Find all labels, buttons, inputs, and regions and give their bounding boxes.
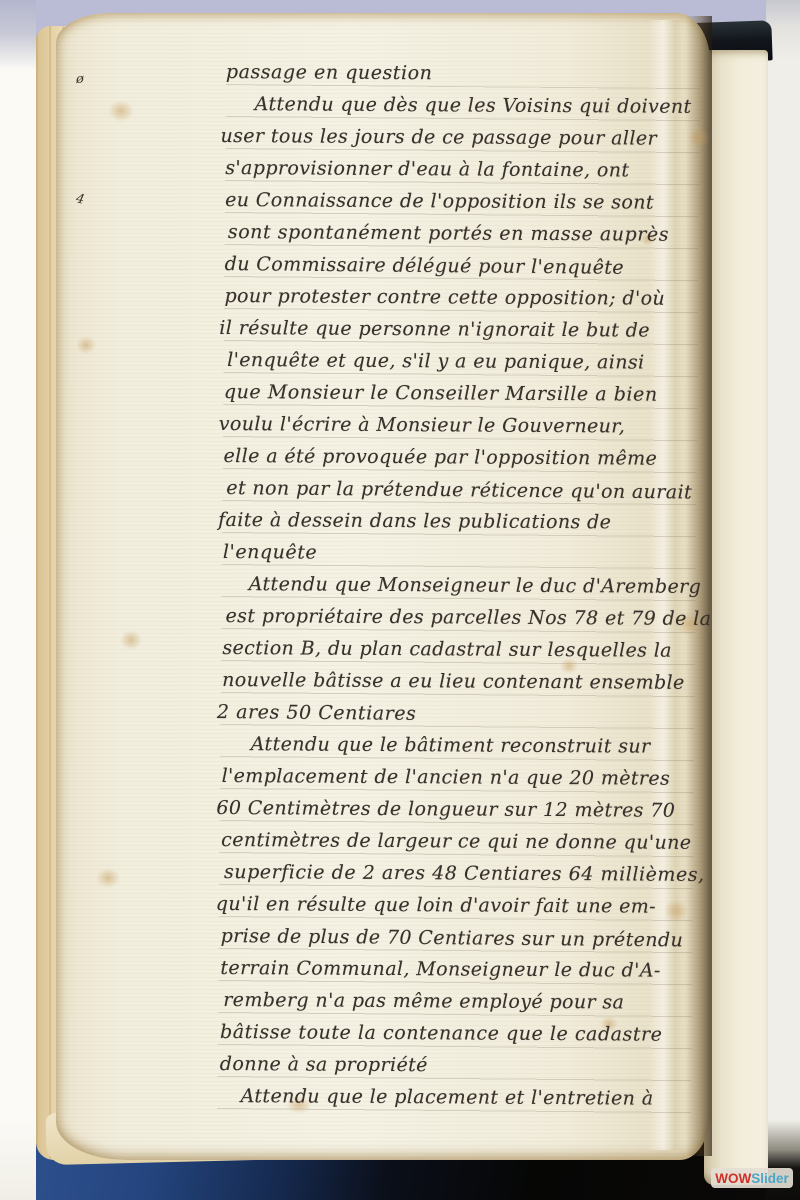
manuscript-line: centimètres de largeur ce qui ne donne q…	[221, 824, 713, 859]
manuscript-line: et non par la prétendue réticence qu'on …	[226, 472, 715, 509]
foxing-spot	[120, 630, 142, 650]
manuscript-line: elle a été provoquée par l'opposition mê…	[223, 440, 715, 475]
watermark-brand-second: Slider	[751, 1171, 789, 1186]
manuscript-line: pour protester contre cette opposition; …	[224, 280, 716, 315]
manuscript-line: terrain Communal, Monseigneur le duc d'A…	[220, 952, 712, 987]
photo-edge-right	[766, 0, 800, 1200]
manuscript-line: bâtisse toute la contenance que le cadas…	[220, 1016, 712, 1051]
watermark-brand-first: WOW	[715, 1171, 751, 1186]
manuscript-line: user tous les jours de ce passage pour a…	[220, 120, 717, 155]
manuscript-line: il résulte que personne n'ignorait le bu…	[219, 312, 716, 347]
manuscript-line: Attendu que le placement et l'entretien …	[215, 1080, 712, 1115]
manuscript-line: voulu l'écrire à Monsieur le Gouverneur,	[219, 408, 716, 443]
margin-mark: ø	[76, 72, 84, 87]
manuscript-line: sont spontanément portés en masse auprès	[228, 216, 717, 251]
manuscript-line: Attendu que Monseigneur le duc d'Arember…	[223, 568, 715, 603]
foxing-spot	[96, 868, 120, 888]
manuscript-line: faite à dessein dans les publications de	[218, 504, 715, 539]
wowslider-watermark[interactable]: WOWSlider	[711, 1168, 793, 1188]
manuscript-line: donne à sa propriété	[220, 1048, 712, 1083]
manuscript-line: que Monsieur le Conseiller Marsille a bi…	[224, 376, 716, 411]
manuscript-line: superficie de 2 ares 48 Centiares 64 mil…	[224, 856, 713, 891]
manuscript-line: Attendu que dès que les Voisins qui doiv…	[229, 88, 718, 123]
photo-edge-left	[0, 0, 36, 1200]
manuscript-line: section B, du plan cadastral sur lesquel…	[222, 632, 714, 667]
manuscript-line: prise de plus de 70 Centiares sur un pré…	[220, 920, 712, 957]
manuscript-line: eu Connaissance de l'opposition ils se s…	[225, 184, 717, 219]
manuscript-line: l'emplacement de l'ancien n'a que 20 mèt…	[222, 760, 714, 795]
photograph-background: ø 4 passage en questionAttendu que dès q…	[0, 0, 800, 1200]
manuscript-line: l'enquête et que, s'il y a eu panique, a…	[227, 344, 716, 379]
foxing-spot	[108, 100, 134, 122]
manuscript-line: Attendu que le bâtiment reconstruit sur	[225, 728, 714, 763]
manuscript-line: l'enquête	[223, 536, 715, 571]
manuscript-line: du Commissaire délégué pour l'enquête	[225, 248, 717, 285]
manuscript-line: 2 ares 50 Centiares	[217, 696, 714, 733]
manuscript-text-block: passage en questionAttendu que dès que l…	[220, 56, 718, 1115]
manuscript-line: passage en question	[226, 56, 718, 91]
foxing-spot	[76, 336, 96, 354]
manuscript-line: 60 Centimètres de longueur sur 12 mètres…	[216, 792, 713, 827]
manuscript-line: s'approvisionner d'eau à la fontaine, on…	[225, 152, 717, 187]
manuscript-line: remberg n'a pas même employé pour sa	[223, 984, 712, 1019]
manuscript-line: nouvelle bâtisse a eu lieu contenant ens…	[222, 664, 714, 699]
manuscript-line: qu'il en résulte que loin d'avoir fait u…	[216, 888, 713, 923]
manuscript-line: est propriétaire des parcelles Nos 78 et…	[225, 600, 714, 635]
